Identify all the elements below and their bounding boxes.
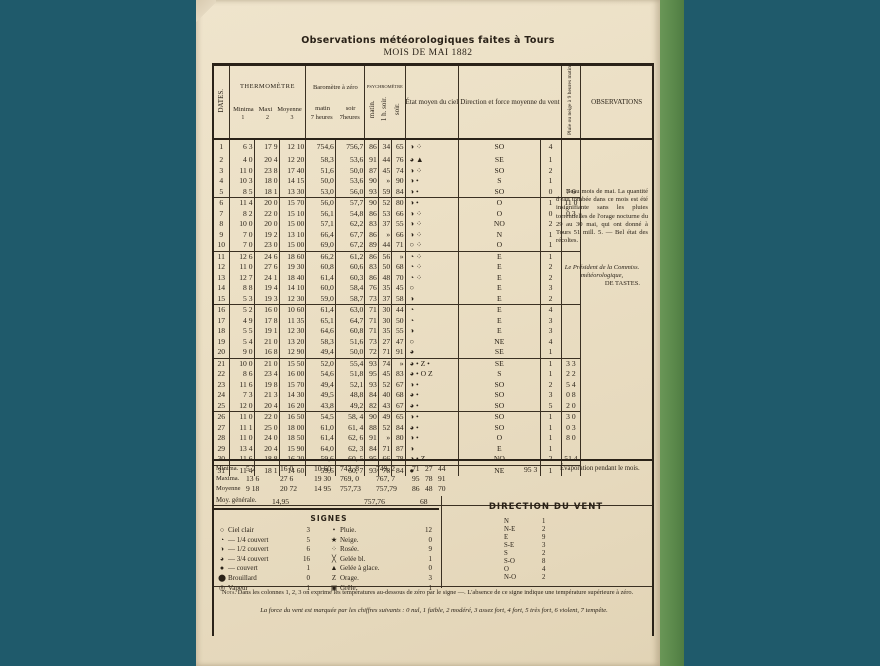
baro-matin-cell: 56,0 — [306, 198, 336, 209]
observations-signature: Le Président de la Commiss. météorologiq… — [556, 264, 648, 288]
psy-soir-cell: 87 — [392, 444, 405, 455]
baro-soir-cell: 756,7 — [335, 139, 365, 155]
wind-direction-row: S-O8 — [446, 558, 646, 566]
psy-matin-cell: 90 — [365, 176, 378, 187]
minima-cell: 8 8 — [229, 283, 254, 294]
maxima-cell: 21 0 — [254, 358, 279, 369]
header-baro-matin: matin — [315, 104, 330, 113]
baro-matin-cell: 61,4 — [306, 433, 336, 444]
moyenne-cell: 15 70 — [279, 198, 306, 209]
maxima-cell: 23 8 — [254, 166, 279, 177]
legend-item: ◑— 1/2 couvert6 — [216, 545, 326, 555]
evaporation-note: Évaporation pendant le mois. — [560, 465, 650, 473]
wind-dir-cell: O — [459, 209, 540, 220]
baro-matin-cell: 66,4 — [306, 230, 336, 241]
wind-dir-cell: SE — [459, 358, 540, 369]
moyenne-cell: 18 50 — [279, 433, 306, 444]
baro-soir-cell: 58, 4 — [335, 412, 365, 423]
minima-cell: 13 4 — [229, 444, 254, 455]
wind-direction-row: N1 — [446, 518, 646, 526]
wind-direction-row: O4 — [446, 566, 646, 574]
observations-cell — [581, 326, 652, 337]
psy-matin-cell: 90 — [365, 412, 378, 423]
maxima-cell: 22 0 — [254, 412, 279, 423]
psy-1h-cell: 45 — [378, 166, 391, 177]
psy-1h-cell: 48 — [378, 273, 391, 284]
day-cell: 13 — [214, 273, 229, 284]
header-baro-soir: soir — [346, 104, 356, 113]
day-cell: 14 — [214, 283, 229, 294]
moyenne-cell: 15 50 — [279, 358, 306, 369]
minima-cell: 10 0 — [229, 358, 254, 369]
psy-soir-cell: 90 — [392, 176, 405, 187]
table-row: 185 519 112 3064,660,8713555◑E3 — [214, 326, 652, 337]
sky-state-cell: ◕ • Z • — [405, 358, 459, 369]
psy-soir-cell: 65 — [392, 412, 405, 423]
wind-force-cell: 2 — [540, 380, 561, 391]
psy-1h-cell: » — [378, 433, 391, 444]
psy-matin-cell: 86 — [365, 230, 378, 241]
psy-soir-cell: 84 — [392, 187, 405, 198]
psy-soir-cell: 66 — [392, 230, 405, 241]
baro-matin-cell: 60,0 — [306, 283, 336, 294]
rain-cell: 2 2 — [561, 369, 581, 380]
observation-frame: DATES. THERMOMÈTRE Minima Maxi Moyenne 1… — [212, 63, 654, 636]
baro-matin-cell: 58,3 — [306, 155, 336, 166]
moyenne-cell: 18 00 — [279, 423, 306, 434]
day-cell: 24 — [214, 390, 229, 401]
moyenne-cell: 12 30 — [279, 326, 306, 337]
psy-soir-cell: » — [392, 251, 405, 262]
weather-symbol-icon: ⁘ — [328, 545, 340, 555]
maxima-cell: 21 0 — [254, 337, 279, 348]
wind-direction-row: S2 — [446, 550, 646, 558]
table-row: 228 623 416 0054,651,8954583◕ • O ZS12 2 — [214, 369, 652, 380]
wind-direction-row: N-O2 — [446, 574, 646, 582]
baro-matin-cell: 64,0 — [306, 444, 336, 455]
legend-item: ▲Gelée à glace.0 — [328, 564, 440, 574]
legend-item: ○Ciel clair3 — [216, 526, 326, 536]
baro-matin-cell: 50,0 — [306, 176, 336, 187]
baro-matin-cell: 754,6 — [306, 139, 336, 155]
minima-cell: 5 5 — [229, 326, 254, 337]
wind-force-scale: La force du vent est marquée par les chi… — [222, 607, 646, 615]
moyenne-cell: 14 15 — [279, 176, 306, 187]
sky-state-cell: ○ — [405, 337, 459, 348]
legend-item: •Pluie.12 — [328, 526, 440, 536]
observations-cell — [581, 358, 652, 369]
maxima-cell: 19 8 — [254, 380, 279, 391]
psy-soir-cell: 80 — [392, 433, 405, 444]
signes-legend: SIGNES ○Ciel clair3◔— 1/4 couvert5◑— 1/2… — [216, 514, 442, 526]
legend-item: ●— couvert1 — [216, 564, 326, 574]
minima-cell: 5 4 — [229, 337, 254, 348]
day-cell: 5 — [214, 187, 229, 198]
observations-cell — [581, 433, 652, 444]
psy-soir-cell: 80 — [392, 198, 405, 209]
table-row: 209 016 812 9049,450,0727191◕SE1 — [214, 347, 652, 358]
psy-soir-cell: 50 — [392, 316, 405, 327]
psy-matin-cell: 90 — [365, 198, 378, 209]
minima-cell: 4 9 — [229, 316, 254, 327]
psy-matin-cell: 71 — [365, 316, 378, 327]
psy-soir-cell: 58 — [392, 294, 405, 305]
observations-cell — [581, 380, 652, 391]
maxima-cell: 20 4 — [254, 401, 279, 412]
baro-soir-cell: 60,8 — [335, 326, 365, 337]
baro-soir-cell: 53,6 — [335, 176, 365, 187]
rain-cell — [561, 326, 581, 337]
wind-force-cell: 4 — [540, 337, 561, 348]
rain-cell — [561, 444, 581, 455]
rain-cell: 0 3 — [561, 423, 581, 434]
table-row: 2711 125 018 0061,061, 4885284◕ •SO10 3 — [214, 423, 652, 434]
weather-symbol-icon: ★ — [328, 536, 340, 546]
psy-matin-cell: 71 — [365, 305, 378, 316]
baro-soir-cell: 57,7 — [335, 198, 365, 209]
wind-dir-cell: SO — [459, 187, 540, 198]
wind-dir-cell: S — [459, 176, 540, 187]
sky-state-cell: ○ — [405, 283, 459, 294]
table-row: 2811 024 018 5061,462, 691»80◑ •O18 0 — [214, 433, 652, 444]
psy-soir-cell: 83 — [392, 369, 405, 380]
day-cell: 26 — [214, 412, 229, 423]
minima-cell: 12 0 — [229, 401, 254, 412]
wind-dir-cell: E — [459, 262, 540, 273]
day-cell: 9 — [214, 230, 229, 241]
table-row: 16 317 912 10754,6756,7863465◑ ⁘SO4 — [214, 139, 652, 155]
psy-1h-cell: » — [378, 230, 391, 241]
day-cell: 7 — [214, 209, 229, 220]
maxima-cell: 25 0 — [254, 423, 279, 434]
maxima-cell: 20 0 — [254, 219, 279, 230]
baro-soir-cell: 53,6 — [335, 155, 365, 166]
observations-cell — [581, 251, 652, 262]
minima-cell: 10 3 — [229, 176, 254, 187]
observations-cell — [581, 155, 652, 166]
psy-1h-cell: 52 — [378, 380, 391, 391]
moyenne-cell: 13 30 — [279, 187, 306, 198]
minima-cell: 7 0 — [229, 240, 254, 251]
psy-1h-cell: 44 — [378, 240, 391, 251]
wind-force-cell: 5 — [540, 401, 561, 412]
maxima-cell: 17 9 — [254, 139, 279, 155]
moyenne-cell: 17 40 — [279, 166, 306, 177]
baro-soir-cell: 51,8 — [335, 369, 365, 380]
sky-state-cell: ○ ⁘ — [405, 240, 459, 251]
wind-dir-cell: NO — [459, 219, 540, 230]
header-barometre: Baromètre à zéro matin soir 7 heures7heu… — [306, 66, 365, 139]
moyenne-cell: 13 20 — [279, 337, 306, 348]
sky-state-cell: ◕ • — [405, 423, 459, 434]
sky-state-cell: ◕ • O Z — [405, 369, 459, 380]
wind-force-cell: 3 — [540, 326, 561, 337]
baro-soir-cell: 52,1 — [335, 380, 365, 391]
baro-soir-cell: 60,6 — [335, 262, 365, 273]
folded-corner — [196, 0, 216, 24]
baro-soir-cell: 62,2 — [335, 219, 365, 230]
wind-dir-cell: S — [459, 369, 540, 380]
rain-cell — [561, 337, 581, 348]
baro-soir-cell: 62, 3 — [335, 444, 365, 455]
moyenne-cell: 16 50 — [279, 412, 306, 423]
baro-matin-cell: 52,0 — [306, 358, 336, 369]
psy-soir-cell: 67 — [392, 380, 405, 391]
moyenne-generale: Moy. générale. 14,95 757,76 68 — [214, 496, 439, 510]
maxima-cell: 24 6 — [254, 251, 279, 262]
minima-cell: 11 0 — [229, 262, 254, 273]
moyenne-cell: 12 20 — [279, 155, 306, 166]
maxima-cell: 24 0 — [254, 433, 279, 444]
legend-item: ◕— 3/4 couvert16 — [216, 555, 326, 565]
legend-item: ◔— 1/4 couvert5 — [216, 536, 326, 546]
psy-soir-cell: 47 — [392, 337, 405, 348]
header-observations: OBSERVATIONS — [581, 66, 652, 139]
nota-text: Nota. Dans les colonnes 1, 2, 3 on expri… — [222, 589, 646, 597]
wind-force-cell: 1 — [540, 358, 561, 369]
header-minima: Minima — [233, 105, 254, 114]
wind-force-cell: 3 — [540, 316, 561, 327]
wind-force-cell: 1 — [540, 369, 561, 380]
psy-1h-cell: 71 — [378, 347, 391, 358]
weather-symbol-icon: ◕ — [216, 555, 228, 565]
observations-note: Beau mois de mai. La quantité d'eau tomb… — [556, 188, 648, 245]
psy-soir-cell: 68 — [392, 390, 405, 401]
baro-matin-cell: 61,4 — [306, 305, 336, 316]
wind-direction-summary: DIRECTION DU VENT N1N-E2E9S-E3S2S-O8O4N-… — [446, 502, 646, 582]
wind-force-cell: 1 — [540, 155, 561, 166]
psy-soir-cell: 70 — [392, 273, 405, 284]
table-row: 165 216 010 6061,463,0713044◔E4 — [214, 305, 652, 316]
minima-cell: 12 6 — [229, 251, 254, 262]
rain-total: 95 3 — [524, 465, 537, 476]
psy-matin-cell: 93 — [365, 187, 378, 198]
table-row: 24 020 412 2058,353,6914476◕ ▲SE1 — [214, 155, 652, 166]
wind-force-cell: 4 — [540, 139, 561, 155]
maxima-cell: 19 1 — [254, 326, 279, 337]
day-cell: 25 — [214, 401, 229, 412]
rain-cell — [561, 176, 581, 187]
psy-1h-cell: 50 — [378, 262, 391, 273]
psy-1h-cell: 49 — [378, 412, 391, 423]
psy-matin-cell: 83 — [365, 262, 378, 273]
weather-symbol-icon: ⬤ — [216, 574, 228, 584]
baro-matin-cell: 51,6 — [306, 166, 336, 177]
section-divider — [441, 496, 442, 588]
day-cell: 22 — [214, 369, 229, 380]
psy-1h-cell: 40 — [378, 390, 391, 401]
minima-cell: 7 3 — [229, 390, 254, 401]
wind-force-cell: 1 — [540, 433, 561, 444]
wind-dir-cell: SO — [459, 390, 540, 401]
baro-matin-cell: 65,1 — [306, 316, 336, 327]
psy-soir-cell: 71 — [392, 240, 405, 251]
psy-soir-cell: 76 — [392, 155, 405, 166]
maxima-cell: 20 0 — [254, 198, 279, 209]
table-row: 155 319 312 3059,058,7733758◑E2 — [214, 294, 652, 305]
sky-state-cell: ◑ • — [405, 433, 459, 444]
weather-symbol-icon: ◔ — [216, 536, 228, 546]
table-row: 2512 020 416 2043,849,2824367◕ •SO52 0 — [214, 401, 652, 412]
minima-cell: 11 4 — [229, 198, 254, 209]
header-dates: DATES. — [214, 66, 229, 139]
moyenne-cell: 10 60 — [279, 305, 306, 316]
wind-force-cell: 1 — [540, 251, 561, 262]
table-row: 311 023 817 4051,650,0874574◑ ⁘SO2 — [214, 166, 652, 177]
day-cell: 18 — [214, 326, 229, 337]
baro-matin-cell: 66,2 — [306, 251, 336, 262]
minima-cell: 5 2 — [229, 305, 254, 316]
weather-symbol-icon: ● — [216, 564, 228, 574]
day-cell: 12 — [214, 262, 229, 273]
minima-cell: 5 3 — [229, 294, 254, 305]
wind-direction-row: S-E3 — [446, 542, 646, 550]
rain-cell — [561, 294, 581, 305]
observations-cell — [581, 423, 652, 434]
moyenne-cell: 14 10 — [279, 283, 306, 294]
wind-dir-cell: E — [459, 316, 540, 327]
rain-cell: 5 4 — [561, 380, 581, 391]
observations-cell — [581, 401, 652, 412]
psy-1h-cell: 35 — [378, 283, 391, 294]
baro-matin-cell: 61,0 — [306, 423, 336, 434]
observations-cell — [581, 305, 652, 316]
psy-matin-cell: 71 — [365, 326, 378, 337]
table-row: 2311 619 815 7049,452,1935267◑ •SO25 4 — [214, 380, 652, 391]
rain-cell — [561, 251, 581, 262]
legend-item: ★Neige.0 — [328, 536, 440, 546]
weather-symbol-icon: ╳ — [328, 555, 340, 565]
wind-force-cell: 4 — [540, 305, 561, 316]
weather-symbol-icon: ○ — [216, 526, 228, 536]
rain-cell: 0 8 — [561, 390, 581, 401]
observations-cell — [581, 337, 652, 348]
wind-dir-cell: E — [459, 294, 540, 305]
maxima-cell: 17 8 — [254, 316, 279, 327]
psy-1h-cell: 52 — [378, 198, 391, 209]
baro-soir-cell: 61,2 — [335, 251, 365, 262]
psy-matin-cell: 84 — [365, 444, 378, 455]
moyenne-cell: 16 20 — [279, 401, 306, 412]
psy-matin-cell: 93 — [365, 380, 378, 391]
baro-matin-cell: 58,3 — [306, 337, 336, 348]
minima-cell: 11 0 — [229, 166, 254, 177]
wind-dir-cell: SO — [459, 401, 540, 412]
maxima-cell: 16 0 — [254, 305, 279, 316]
sky-state-cell: ◑ ⁘ — [405, 166, 459, 177]
baro-matin-cell: 43,8 — [306, 401, 336, 412]
sky-state-cell: ◑ • — [405, 187, 459, 198]
observations-cell — [581, 139, 652, 155]
minima-cell: 4 0 — [229, 155, 254, 166]
document-subtitle: MOIS DE MAI 1882 — [196, 48, 660, 58]
baro-soir-cell: 61, 4 — [335, 423, 365, 434]
wind-dir-cell: O — [459, 433, 540, 444]
psy-1h-cell: 27 — [378, 337, 391, 348]
wind-force-cell: 1 — [540, 423, 561, 434]
sky-state-cell: ◑ • — [405, 380, 459, 391]
rain-cell: 3 0 — [561, 412, 581, 423]
psy-soir-cell: 67 — [392, 401, 405, 412]
baro-soir-cell: 58,4 — [335, 283, 365, 294]
wind-dir-cell: NE — [459, 337, 540, 348]
maxima-cell: 20 4 — [254, 155, 279, 166]
baro-matin-cell: 53,0 — [306, 187, 336, 198]
maxima-cell: 24 1 — [254, 273, 279, 284]
weather-symbol-icon: ◑ — [216, 545, 228, 555]
table-row: 2611 022 016 5054,558, 4904965◑ •SO13 0 — [214, 412, 652, 423]
psy-matin-cell: 91 — [365, 155, 378, 166]
rain-cell — [561, 347, 581, 358]
legend-item: ⬤Brouillard0 — [216, 574, 326, 584]
rain-cell — [561, 316, 581, 327]
wind-force-cell: 1 — [540, 347, 561, 358]
moyenne-cell: 15 70 — [279, 380, 306, 391]
moyenne-cell: 12 30 — [279, 294, 306, 305]
wind-dir-cell: O — [459, 240, 540, 251]
psy-soir-cell: 74 — [392, 166, 405, 177]
divider — [214, 586, 652, 587]
moyenne-cell: 15 10 — [279, 209, 306, 220]
psy-matin-cell: 86 — [365, 273, 378, 284]
psy-matin-cell: 83 — [365, 219, 378, 230]
baro-soir-cell: 67,2 — [335, 240, 365, 251]
baro-soir-cell: 58,7 — [335, 294, 365, 305]
baro-soir-cell: 60,3 — [335, 273, 365, 284]
maxima-cell: 18 0 — [254, 176, 279, 187]
psy-1h-cell: 53 — [378, 209, 391, 220]
day-cell: 16 — [214, 305, 229, 316]
psy-1h-cell: 35 — [378, 326, 391, 337]
sky-state-cell: ◕ • — [405, 401, 459, 412]
day-cell: 23 — [214, 380, 229, 391]
wind-dir-cell: O — [459, 198, 540, 209]
baro-matin-cell: 49,5 — [306, 390, 336, 401]
psy-soir-cell: 45 — [392, 283, 405, 294]
baro-matin-cell: 59,0 — [306, 294, 336, 305]
sky-state-cell: ◑ ⁘ — [405, 139, 459, 155]
moyenne-cell: 12 90 — [279, 347, 306, 358]
psy-matin-cell: 86 — [365, 251, 378, 262]
psy-matin-cell: 73 — [365, 337, 378, 348]
baro-matin-cell: 54,6 — [306, 369, 336, 380]
header-etat-ciel: État moyen du ciel — [405, 66, 459, 139]
baro-soir-cell: 49,2 — [335, 401, 365, 412]
psy-matin-cell: 86 — [365, 209, 378, 220]
psy-1h-cell: 71 — [378, 444, 391, 455]
baro-matin-cell: 54,5 — [306, 412, 336, 423]
document-page: Observations météorologiques faites à To… — [196, 0, 660, 666]
wind-force-cell: 1 — [540, 444, 561, 455]
wind-dir-cell: E — [459, 444, 540, 455]
wind-dir-cell: SO — [459, 139, 540, 155]
weather-symbol-icon: • — [328, 526, 340, 536]
maxima-cell: 18 1 — [254, 187, 279, 198]
baro-soir-cell: 55,4 — [335, 358, 365, 369]
header-direction-vent: Direction et force moyenne du vent — [459, 66, 561, 139]
header-maxima: Maxi — [259, 105, 273, 114]
wind-dir-cell: E — [459, 251, 540, 262]
observations-cell — [581, 369, 652, 380]
sky-state-cell: ◑ ⁘ — [405, 209, 459, 220]
observations-cell — [581, 294, 652, 305]
baro-matin-cell: 49,4 — [306, 380, 336, 391]
wind-dir-cell: N — [459, 230, 540, 241]
sky-state-cell: ◑ • — [405, 412, 459, 423]
moyenne-cell: 18 60 — [279, 251, 306, 262]
wind-dir-cell: SO — [459, 166, 540, 177]
day-cell: 28 — [214, 433, 229, 444]
